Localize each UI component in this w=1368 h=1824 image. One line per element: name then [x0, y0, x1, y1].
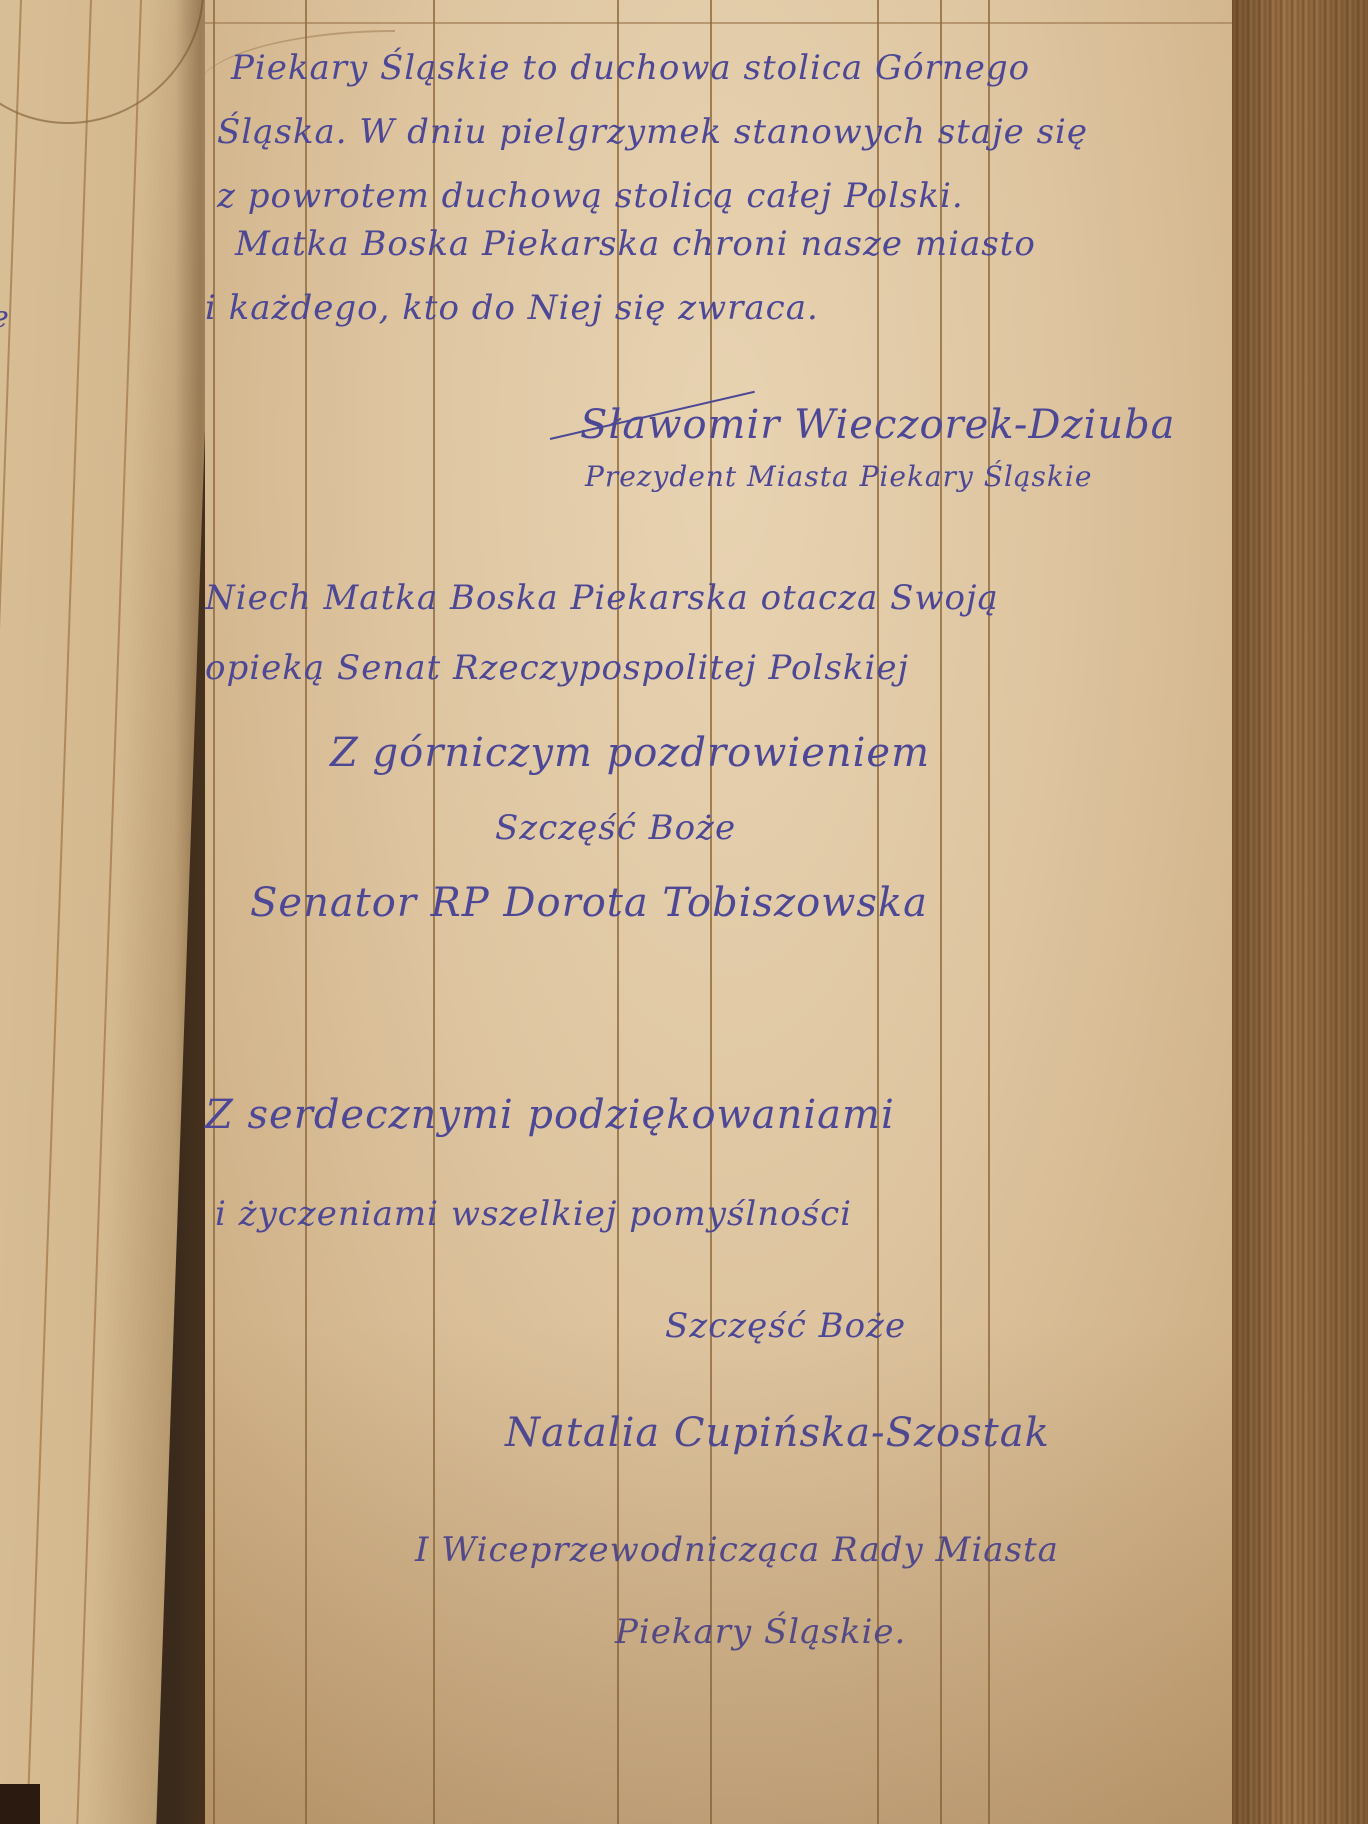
page-stack-edge	[1232, 0, 1368, 1824]
entry-line: Śląska. W dniu pielgrzymek stanowych sta…	[217, 112, 1088, 152]
entry-line: opieką Senat Rzeczypospolitej Polskiej	[205, 648, 909, 688]
signature: Senator RP Dorota Tobiszowska	[250, 880, 928, 926]
left-page-fragment: e	[0, 300, 9, 335]
entry-line: Z górniczym pozdrowieniem	[330, 730, 930, 776]
top-rule	[205, 22, 1245, 24]
guestbook-photo: e ’ 1 Piekary Śląskie to duchowa stolica…	[0, 0, 1368, 1824]
entry-line: z powrotem duchową stolicą całej Polski.	[217, 176, 964, 216]
left-page-rule	[76, 0, 141, 1824]
entry-line: i życzeniami wszelkiej pomyślności	[215, 1194, 852, 1234]
left-page-rule	[0, 0, 21, 1824]
signatory-title: Prezydent Miasta Piekary Śląskie	[585, 460, 1092, 493]
entry-line: Z serdecznymi podziękowaniami	[205, 1092, 895, 1138]
entry-line: Piekary Śląskie to duchowa stolica Górne…	[231, 48, 1030, 88]
entry-line: i każdego, kto do Niej się zwraca.	[205, 288, 819, 328]
book-cover-corner	[0, 1784, 40, 1824]
left-page-rule	[26, 0, 91, 1824]
entry-line: Niech Matka Boska Piekarska otacza Swoją	[205, 578, 999, 618]
signature: Sławomir Wieczorek-Dziuba	[580, 402, 1176, 448]
entry-line: Szczęść Boże	[495, 808, 736, 848]
page-shading	[205, 1324, 1245, 1824]
entry-line: Matka Boska Piekarska chroni nasze miast…	[235, 224, 1036, 264]
guestbook-page: Piekary Śląskie to duchowa stolica Górne…	[205, 0, 1245, 1824]
